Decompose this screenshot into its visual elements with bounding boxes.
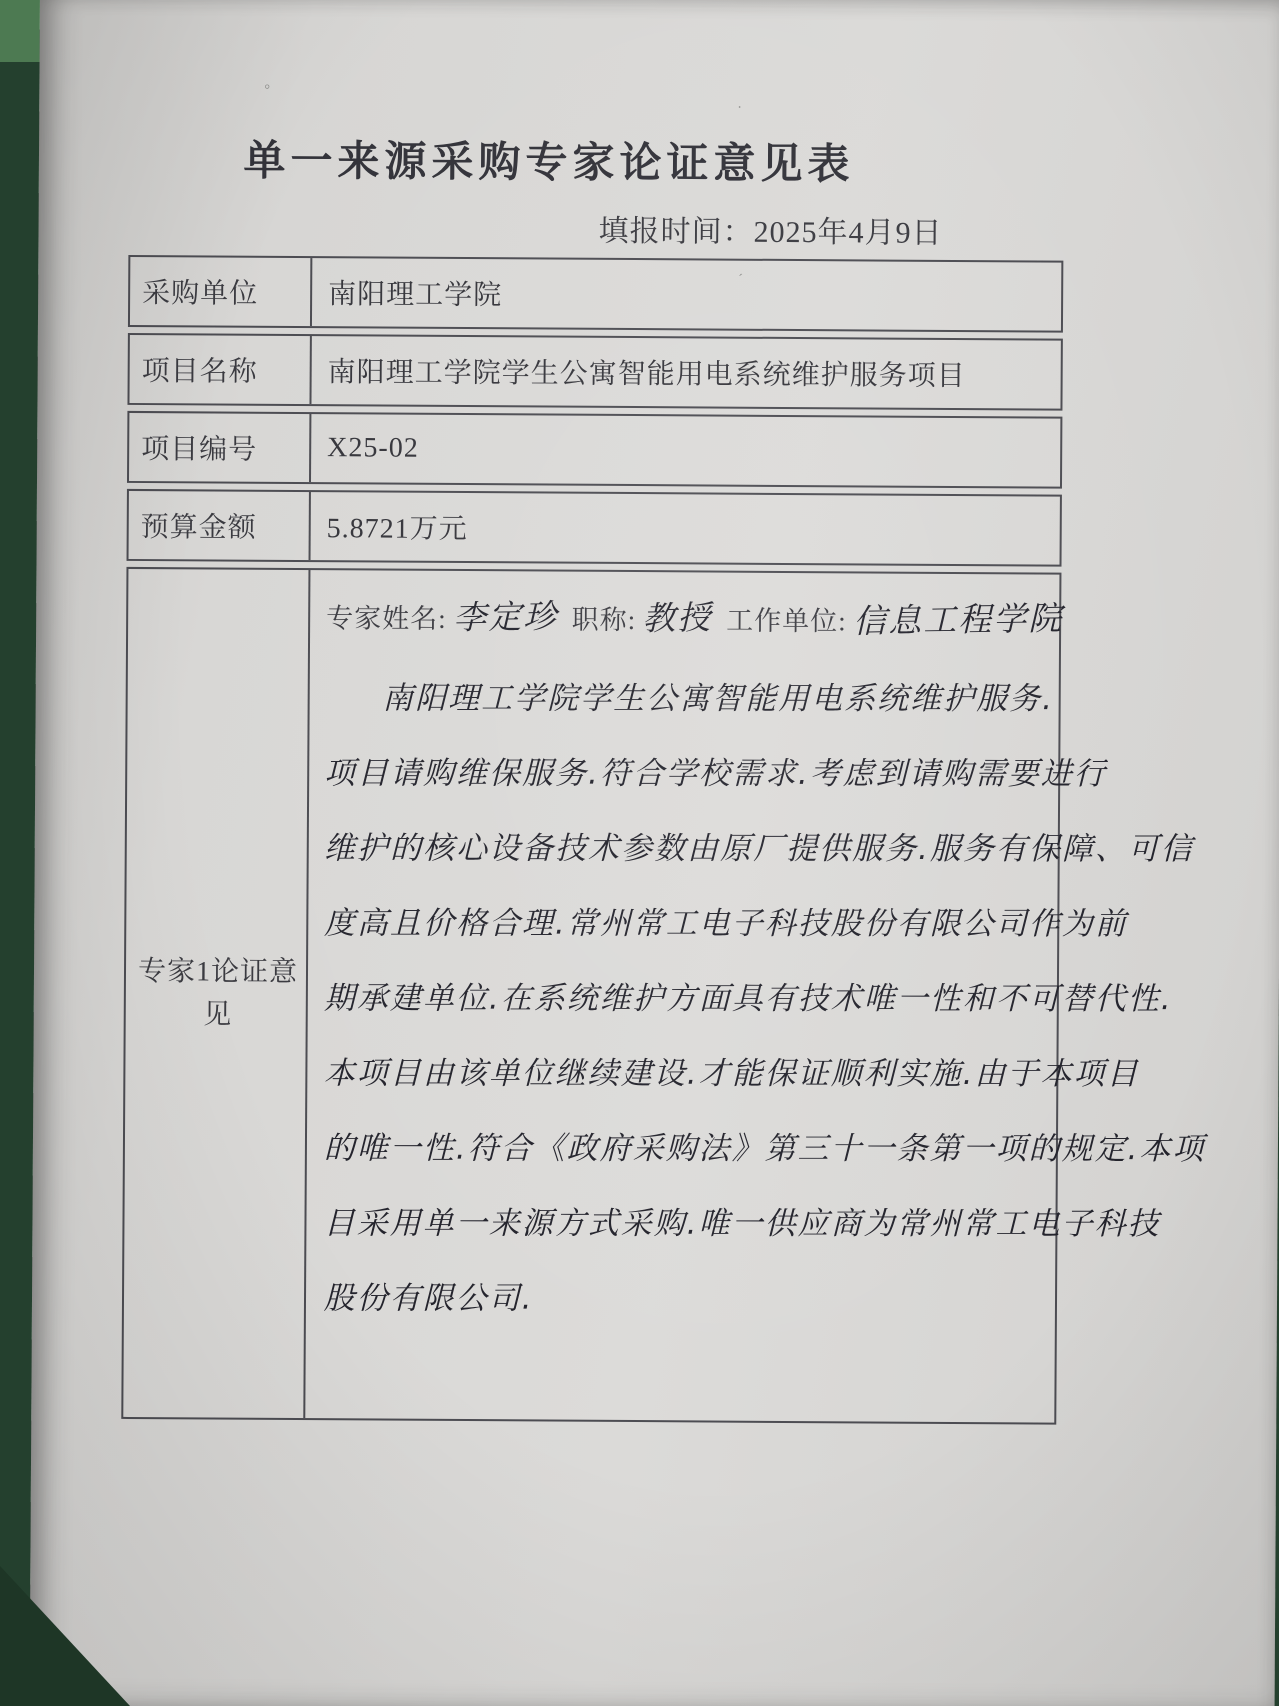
row-value-project-number: X25-02 — [311, 414, 1060, 487]
opinion-line: 维护的核心设备技术参数由原厂提供服务.服务有保障、可信 — [324, 811, 1206, 887]
expert-opinion-text: 南阳理工学院学生公寓智能用电系统维护服务. 项目请购维保服务.符合学校需求.考虑… — [324, 661, 1206, 1337]
opinion-line: 本项目由该单位继续建设.才能保证顺利实施.由于本项目 — [324, 1036, 1206, 1112]
opinion-line: 期承建单位.在系统维护方面具有技术唯一性和不可替代性. — [324, 961, 1206, 1037]
table-row: 项目名称 南阳理工学院学生公寓智能用电系统维护服务项目 — [127, 333, 1062, 411]
row-value-purchasing-unit: 南阳理工学院 — [312, 258, 1061, 331]
row-value-project-name: 南阳理工学院学生公寓智能用电系统维护服务项目 — [311, 336, 1060, 409]
info-table: 采购单位 南阳理工学院 项目名称 南阳理工学院学生公寓智能用电系统维护服务项目 … — [121, 255, 1063, 1431]
opinion-line: 度高且价格合理.常州常工电子科技股份有限公司作为前 — [324, 886, 1206, 962]
expert-name-label: 专家姓名: — [326, 603, 447, 634]
row-label-budget-amount: 预算金额 — [129, 491, 311, 560]
row-label-expert1-opinion: 专家1论证意见 — [123, 569, 310, 1418]
row-label-project-name: 项目名称 — [129, 335, 311, 404]
photo-speck: ´ — [738, 273, 743, 289]
opinion-line: 股份有限公司. — [324, 1261, 1206, 1337]
photo-speck: ° — [264, 83, 270, 99]
row-label-purchasing-unit: 采购单位 — [130, 257, 312, 326]
opinion-line: 的唯一性.符合《政府采购法》第三十一条第一项的规定.本项 — [324, 1111, 1206, 1187]
row-label-project-number: 项目编号 — [129, 413, 311, 482]
expert-unit-label: 工作单位: — [726, 606, 847, 637]
expert-unit-handwritten: 信息工程学院 — [852, 592, 1063, 642]
expert-opinion-cell: 专家姓名:李定珍职称:教授工作单位:信息工程学院 南阳理工学院学生公寓智能用电系… — [305, 570, 1216, 1424]
table-row: 预算金额 5.8721万元 — [127, 489, 1062, 567]
document-paper: 单一来源采购专家论证意见表 填报时间：2025年4月9日 采购单位 南阳理工学院… — [30, 0, 1279, 1706]
expert-name-handwritten: 李定珍 — [452, 590, 558, 639]
photo-speck: · — [737, 101, 742, 117]
expert-opinion-row: 专家1论证意见 专家姓名:李定珍职称:教授工作单位:信息工程学院 南阳理工学院学… — [121, 567, 1061, 1425]
opinion-line: 目采用单一来源方式采购.唯一供应商为常州常工电子科技 — [324, 1186, 1206, 1262]
opinion-line: 南阳理工学院学生公寓智能用电系统维护服务. — [324, 661, 1206, 737]
row-value-budget-amount: 5.8721万元 — [311, 492, 1060, 565]
expert-title-handwritten: 教授 — [642, 592, 713, 640]
document-title: 单一来源采购专家论证意见表 — [39, 126, 1059, 192]
table-row: 采购单位 南阳理工学院 — [128, 255, 1063, 333]
fill-time: 填报时间：2025年4月9日 — [598, 206, 1068, 253]
expert-header-line: 专家姓名:李定珍职称:教授工作单位:信息工程学院 — [326, 590, 1208, 642]
opinion-line: 项目请购维保服务.符合学校需求.考虑到请购需要进行 — [324, 736, 1206, 812]
expert-title-label: 职称: — [572, 605, 637, 635]
table-row: 项目编号 X25-02 — [127, 411, 1062, 489]
